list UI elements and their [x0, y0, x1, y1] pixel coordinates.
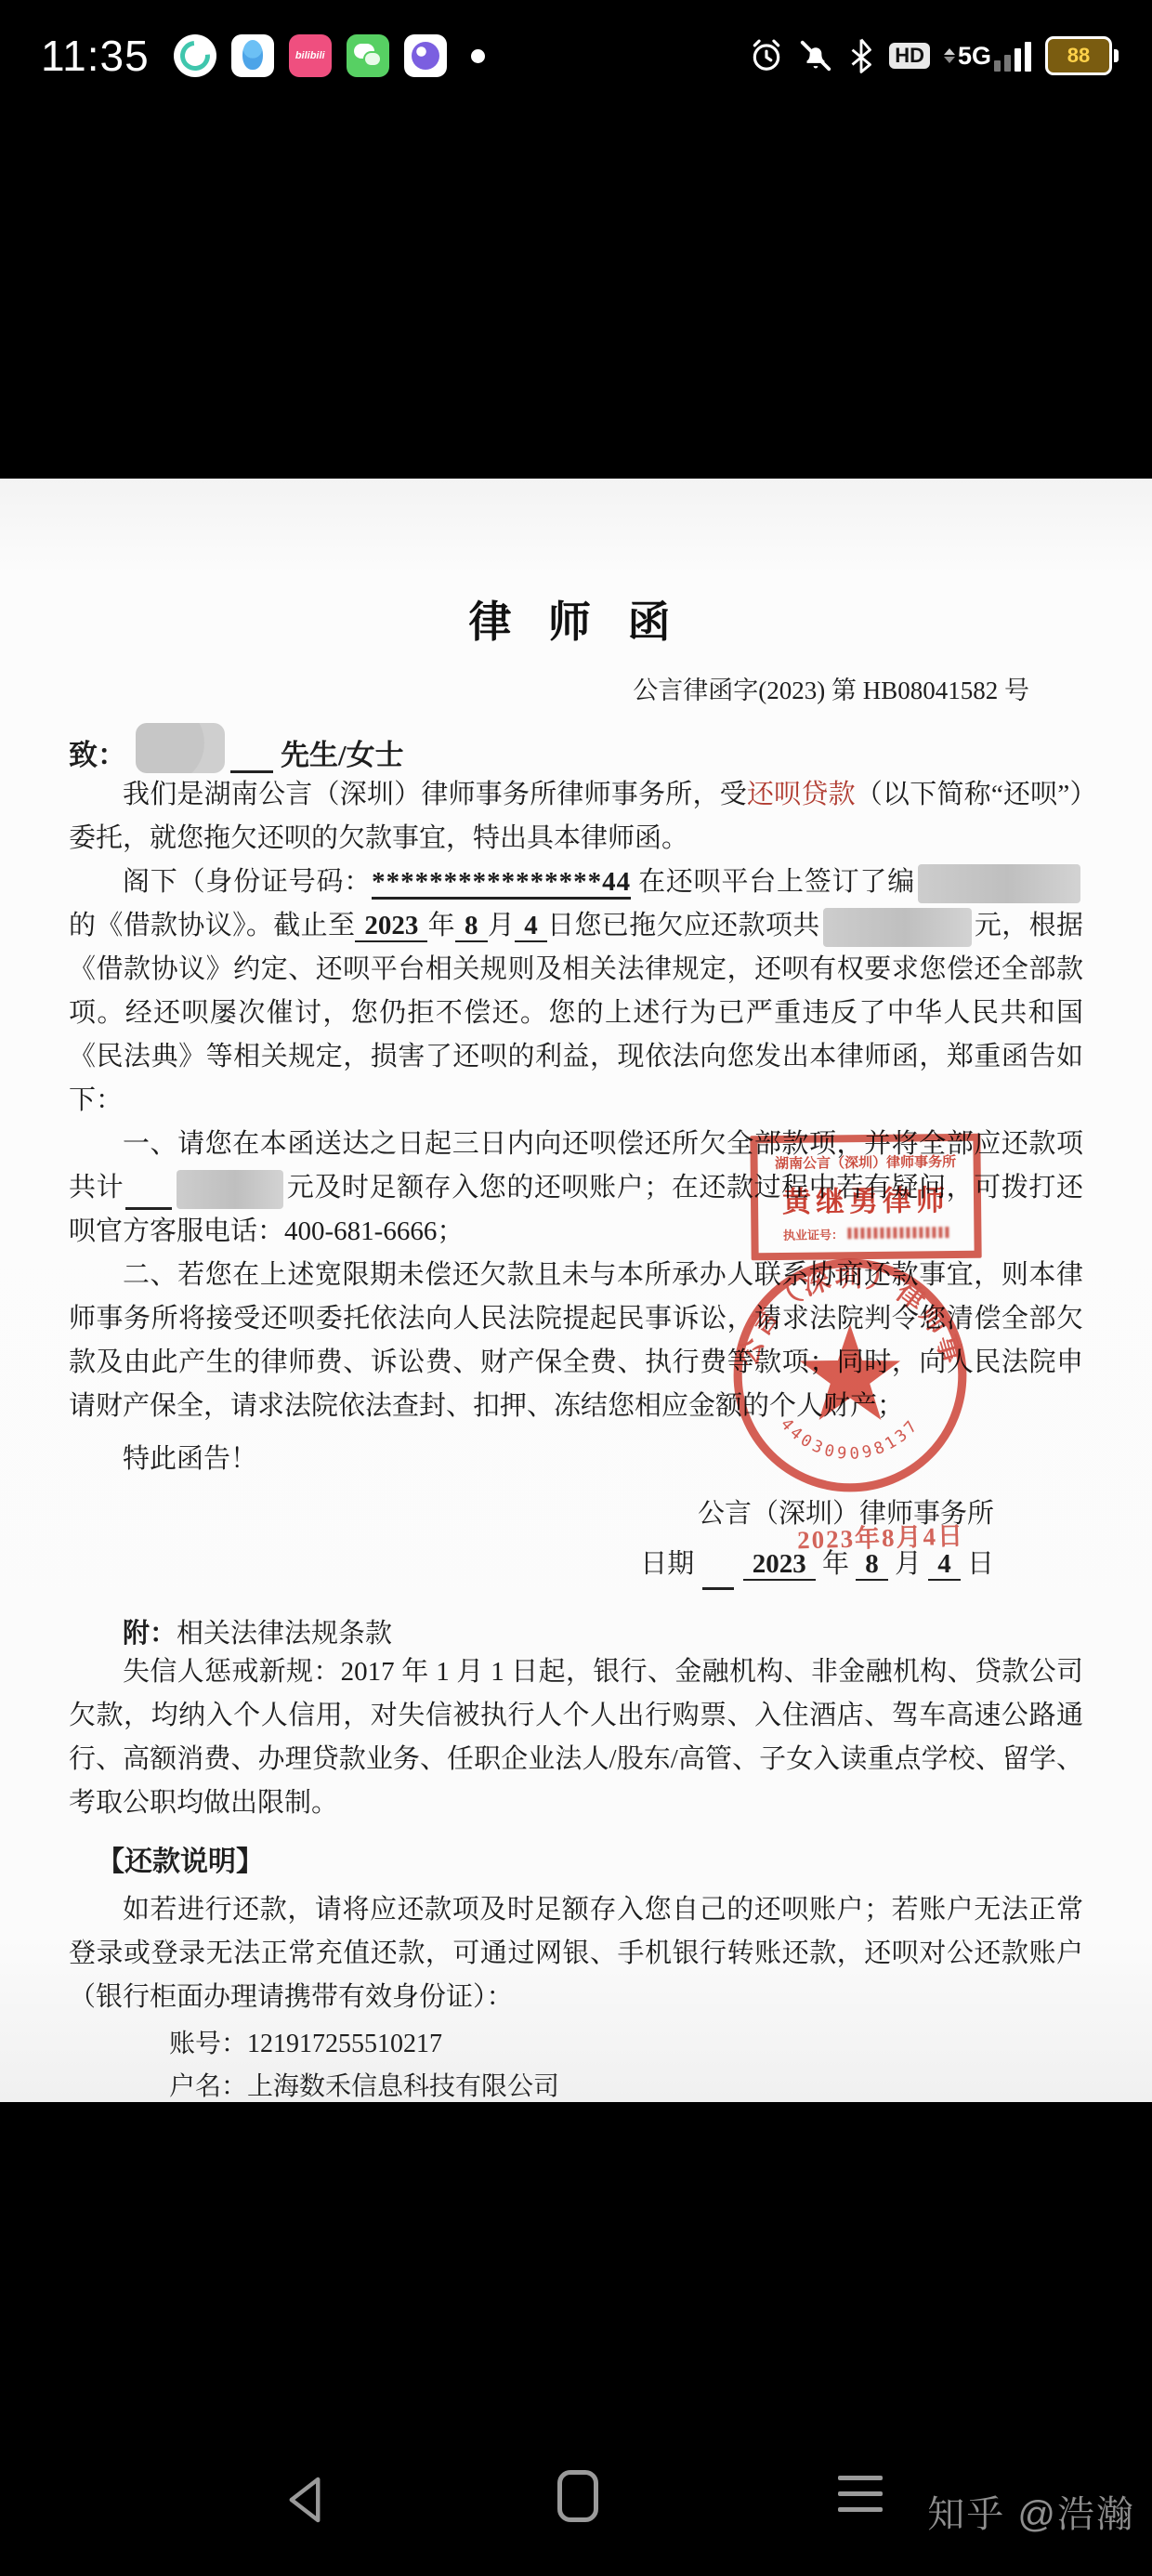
underlined-value: 2023 — [355, 911, 427, 942]
stamp-lawyer-name: 黄继勇律师 — [782, 1176, 949, 1220]
sync-icon — [174, 34, 216, 77]
seal-serial: 440309098137 — [777, 1415, 923, 1464]
navigation-bar: 知乎 @浩瀚 — [0, 2437, 1152, 2576]
document-photo: 律 师 函 公言律函字(2023) 第 HB08041582 号 致： 先生/女… — [0, 479, 1152, 2102]
bilibili-icon: bilibili — [289, 34, 332, 77]
account-line: 户名：上海数禾信息科技有限公司 — [169, 2066, 1083, 2102]
data-arrows-icon — [944, 48, 955, 63]
attachment-text: 相关法律法规条款 — [177, 1619, 392, 1649]
violet-app-icon — [404, 34, 447, 77]
date-day-suffix: 日 — [967, 1549, 994, 1579]
stamp-license-line: 执业证号： — [783, 1224, 949, 1243]
law-firm-round-seal: 湖南公言（深圳）律师事务所 440309098137 — [727, 1253, 973, 1498]
chat-icon — [347, 34, 389, 77]
seal-star — [800, 1324, 900, 1420]
date-label: 日期 — [640, 1549, 694, 1579]
status-bar: 11:35 bilibili HD 5G — [0, 0, 1152, 112]
date-month-suffix: 月 — [895, 1549, 922, 1579]
lawyer-name-stamp: 湖南公言（深圳）律师事务所 黄继勇律师 执业证号： — [750, 1134, 981, 1261]
salutation-suffix: 先生/女士 — [281, 731, 404, 773]
recent-apps-button[interactable] — [838, 2476, 883, 2512]
document-title: 律 师 函 — [69, 588, 1083, 650]
salutation-prefix: 致： — [69, 731, 126, 773]
repayment-note-heading: 【还款说明】 — [69, 1838, 1083, 1879]
stamp-license-digits-blur — [847, 1227, 949, 1239]
notification-dot — [471, 49, 485, 63]
blank-underline — [125, 1177, 172, 1210]
paragraph-credit-rule: 失信人惩戒新规：2017 年 1 月 1 日起，银行、金融机构、非金融机构、贷款… — [69, 1650, 1083, 1825]
paragraph-repay-intro: 如若进行还款，请将应还款项及时足额存入您自己的还呗账户；若账户无法正常登录或登录… — [69, 1888, 1083, 2019]
document-ref-number: 公言律函字(2023) 第 HB08041582 号 — [69, 670, 1083, 706]
5g-signal-icon: 5G — [944, 40, 1031, 72]
name-underline — [230, 741, 273, 773]
notification-app-icons: bilibili — [174, 34, 485, 77]
underlined-value: 8 — [455, 911, 488, 942]
clock-time: 11:35 — [41, 31, 150, 81]
battery-percent: 88 — [1067, 44, 1090, 68]
underlined-value: 4 — [515, 911, 547, 942]
back-button[interactable] — [284, 2474, 325, 2526]
attachment-heading: 附：相关法律法规条款 — [69, 1612, 1083, 1650]
salutation-line: 致： 先生/女士 — [69, 723, 1083, 773]
svg-text:440309098137: 440309098137 — [777, 1415, 923, 1464]
repayment-account-block: 账号：121917255510217户名：上海数禾信息科技有限公司开户行：招商银… — [169, 2023, 1083, 2102]
network-type-label: 5G — [958, 42, 991, 71]
masked-id-number: ****************44 — [372, 867, 631, 900]
date-blank — [702, 1557, 734, 1590]
redaction-mask — [823, 908, 972, 947]
red-highlight-text: 还呗贷款 — [747, 780, 856, 809]
alarm-icon — [749, 38, 784, 73]
date-day: 4 — [928, 1549, 961, 1581]
stamp-firm-line: 湖南公言（深圳）律师事务所 — [775, 1150, 956, 1172]
home-button[interactable] — [557, 2470, 598, 2522]
status-icons: HD 5G 88 — [749, 36, 1119, 75]
paragraph-intro: 我们是湖南公言（深圳）律师事务所律师事务所，受还呗贷款（以下简称“还呗”）委托，… — [69, 773, 1083, 861]
attachment-label: 附： — [123, 1619, 177, 1649]
bell-muted-icon — [798, 38, 833, 73]
account-line: 账号：121917255510217 — [169, 2023, 1083, 2066]
seal-date-stamp: 2023年8月4日 — [797, 1516, 965, 1557]
battery-icon: 88 — [1045, 36, 1119, 75]
qq-icon — [231, 34, 274, 77]
bilibili-label: bilibili — [295, 50, 325, 61]
paragraph-agreement: 阁下（身份证号码：****************44 在还呗平台上签订了编的《… — [69, 861, 1083, 1123]
watermark: 知乎 @浩瀚 — [927, 2485, 1135, 2538]
bluetooth-icon — [847, 38, 875, 73]
redacted-name-mask — [136, 723, 225, 773]
signal-bars-icon — [994, 40, 1031, 72]
redaction-mask — [177, 1170, 283, 1209]
lawyer-letter: 律 师 函 公言律函字(2023) 第 HB08041582 号 致： 先生/女… — [0, 479, 1152, 2102]
redaction-mask — [918, 864, 1080, 903]
hd-icon: HD — [889, 43, 930, 69]
stamp-license-label: 执业证号： — [783, 1225, 844, 1243]
